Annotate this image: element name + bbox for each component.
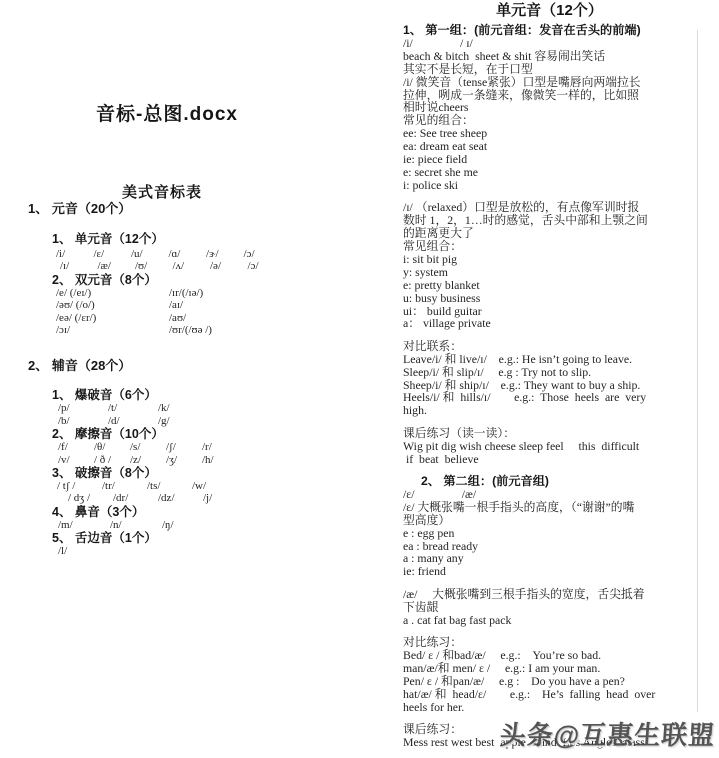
text-line: Sleep/i/ 和 slip/ɪ/ e.g : Try not to slip…	[403, 366, 696, 379]
consonant-heading: 2、 辅音（28个）	[28, 358, 400, 374]
phoneme: / dʒ /	[68, 492, 113, 504]
affricate-row: / tʃ / /tr/ /ts/ /w/	[57, 480, 400, 492]
phoneme: /w/	[192, 480, 237, 492]
phonetic-table-title: 美式音标表	[122, 181, 202, 202]
phoneme: /ʌ/	[173, 260, 211, 272]
text-line: e: secret she me	[403, 166, 696, 179]
affricate-heading: 3、 破擦音（8个）	[52, 466, 400, 480]
phoneme: /l/	[58, 545, 67, 557]
phonetic-outline: 1、 元音（20个） 1、 单元音（12个） /i/ /ɛ/ /u/ /ɑ/ /…	[28, 201, 400, 558]
text-line: /æ/ 大概张嘴到三根手指头的宽度，舌尖抵着	[403, 588, 696, 601]
text-line: a： village private	[403, 317, 696, 330]
text-line: Pen/ ɛ / 和pan/æ/ e.g : Do you have a pen…	[403, 675, 696, 688]
phoneme: /θ/	[94, 441, 130, 453]
text-line: a . cat fat bag fast pack	[403, 614, 696, 627]
phoneme: /s/	[130, 441, 166, 453]
text-line: man/æ/和 men/ ɛ / e.g.: I am your man.	[403, 662, 696, 675]
text-line: /i/ / ɪ/	[403, 37, 696, 50]
text-line: i: sit bit pig	[403, 253, 696, 266]
monophthong-row: /i/ /ɛ/ /u/ /ɑ/ /ɝ/ /ɔ/	[56, 248, 400, 260]
phoneme: /p/	[58, 402, 108, 414]
nasal-row: /m/ /n/ /ŋ/	[58, 519, 400, 531]
text-line: high.	[403, 404, 696, 417]
monophthong-notes-column: 单元音（12个） 1、 第一组：(前元音组：发音在舌头的前端) /i/ / ɪ/…	[403, 2, 696, 749]
diphthong-row: /e/ (/eɪ/) /ɪr/(/ɪə/)	[56, 287, 400, 299]
text-line: 对比联系：	[403, 340, 696, 353]
phoneme: /ŋ/	[162, 519, 214, 531]
text-line: Bed/ ɛ / 和bad/æ/ e.g.: You’re so bad.	[403, 649, 696, 662]
phoneme: /ɪr/(/ɪə/)	[169, 287, 282, 299]
phoneme: /ɛ/	[94, 248, 132, 260]
phoneme: /ʊr/(/ʊə /)	[169, 324, 282, 336]
phoneme: /f/	[58, 441, 94, 453]
phoneme: /aɪ/	[169, 299, 282, 311]
phoneme: /g/	[158, 415, 208, 427]
text-line: /ɛ/ 大概张嘴一根手指头的高度，（“谢谢”的嘴	[403, 501, 696, 514]
text-line: i: police ski	[403, 179, 696, 192]
text-line: e: pretty blanket	[403, 279, 696, 292]
text-line: 型高度）	[403, 514, 696, 527]
text-line: e : egg pen	[403, 527, 696, 540]
phoneme: /ɝ/	[206, 248, 244, 260]
phoneme: /h/	[202, 454, 238, 466]
phoneme: /əʊ/ (/o/)	[56, 299, 169, 311]
text-line: ie: friend	[403, 565, 696, 578]
text-line: hat/æ/ 和 head/ɛ/ e.g.: He’s falling head…	[403, 688, 696, 701]
right-column-title: 单元音（12个）	[403, 2, 696, 20]
text-line: if beat believe	[403, 453, 696, 466]
phoneme: /d/	[108, 415, 158, 427]
plosive-row: /p/ /t/ /k/	[58, 402, 400, 414]
phoneme: /e/ (/eɪ/)	[56, 287, 169, 299]
diphthong-row: /əʊ/ (/o/) /aɪ/	[56, 299, 400, 311]
diphthong-row: /eə/ (/ɛr/) /aʊ/	[56, 312, 400, 324]
lateral-heading: 5、 舌边音（1个）	[52, 531, 400, 545]
phoneme: /ɔ/	[248, 260, 286, 272]
phoneme: / tʃ /	[57, 480, 102, 492]
phoneme: /ɔɪ/	[56, 324, 169, 336]
text-line: 课后练习（读一读）：	[403, 427, 696, 440]
phoneme: /n/	[110, 519, 162, 531]
affricate-row: / dʒ / /dr/ /dz/ /j/	[68, 492, 400, 504]
phoneme: /tr/	[102, 480, 147, 492]
text-line: Wig pit dig wish cheese sleep feel this …	[403, 440, 696, 453]
phoneme: /u/	[131, 248, 169, 260]
phoneme: /eə/ (/ɛr/)	[56, 312, 169, 324]
phoneme: /v/	[58, 454, 94, 466]
text-line: Heels/i/ 和 hills/ɪ/ e.g.: Those heels ar…	[403, 391, 696, 404]
phoneme: /i/	[56, 248, 94, 260]
document-title: 音标-总图.docx	[96, 99, 238, 126]
phoneme: /t/	[108, 402, 158, 414]
phoneme: /k/	[158, 402, 208, 414]
text-line: a : many any	[403, 552, 696, 565]
phoneme: /ə/	[210, 260, 248, 272]
plosive-row: /b/ /d/ /g/	[58, 415, 400, 427]
phoneme: /z/	[130, 454, 166, 466]
text-line: /i/ 微笑音（tense紧张）口型是嘴唇向两端拉长	[403, 76, 696, 89]
fricative-heading: 2、 摩擦音（10个）	[52, 427, 400, 441]
fricative-row: /v/ / ð / /z/ /ʒ/ /h/	[58, 454, 400, 466]
phoneme: /dr/	[113, 492, 158, 504]
diphthong-row: /ɔɪ/ /ʊr/(/ʊə /)	[56, 324, 400, 336]
group2-heading: 2、 第二组：(前元音组)	[421, 475, 696, 488]
text-line: Leave/i/ 和 live/ɪ/ e.g.: He isn’t going …	[403, 353, 696, 366]
page-edge-line	[697, 30, 698, 712]
fricative-row: /f/ /θ/ /s/ /ʃ/ /r/	[58, 441, 400, 453]
phoneme: / ð /	[94, 454, 130, 466]
phoneme: /ɪ/	[60, 260, 98, 272]
diphthong-heading: 2、 双元音（8个）	[52, 273, 400, 287]
text-line: /ɛ/ /æ/	[403, 488, 696, 501]
text-line: heels for her.	[403, 701, 696, 714]
plosive-heading: 1、 爆破音（6个）	[52, 388, 400, 402]
phoneme: /b/	[58, 415, 108, 427]
text-line: 对比练习：	[403, 636, 696, 649]
phoneme: /r/	[202, 441, 238, 453]
text-line: 常见组合：	[403, 240, 696, 253]
phoneme: /ʊ/	[135, 260, 173, 272]
monophthong-row: /ɪ/ /æ/ /ʊ/ /ʌ/ /ə/ /ɔ/	[60, 260, 400, 272]
nasal-heading: 4、 鼻音（3个）	[52, 505, 400, 519]
lateral-row: /l/	[58, 545, 400, 557]
phoneme: /æ/	[98, 260, 136, 272]
vowel-heading: 1、 元音（20个）	[28, 201, 400, 217]
phoneme: /m/	[58, 519, 110, 531]
phoneme: /aʊ/	[169, 312, 282, 324]
text-line: 下齿龈	[403, 601, 696, 614]
text-line: y: system	[403, 266, 696, 279]
phoneme: /ʃ/	[166, 441, 202, 453]
phoneme: /ts/	[147, 480, 192, 492]
text-line: beach & bitch sheet & shit 容易闹出笑话	[403, 50, 696, 63]
phoneme: /ʒ/	[166, 454, 202, 466]
phoneme: /ɑ/	[169, 248, 207, 260]
text-line: 其实不是长短，在于口型	[403, 63, 696, 76]
group1-heading: 1、 第一组：(前元音组：发音在舌头的前端)	[403, 24, 696, 37]
phoneme: /dz/	[158, 492, 203, 504]
phoneme: /ɔ/	[244, 248, 282, 260]
phoneme: /j/	[203, 492, 248, 504]
watermark: 头条@互惠生联盟	[498, 715, 716, 752]
monophthong-heading: 1、 单元音（12个）	[52, 232, 400, 246]
text-line: u: busy business	[403, 292, 696, 305]
